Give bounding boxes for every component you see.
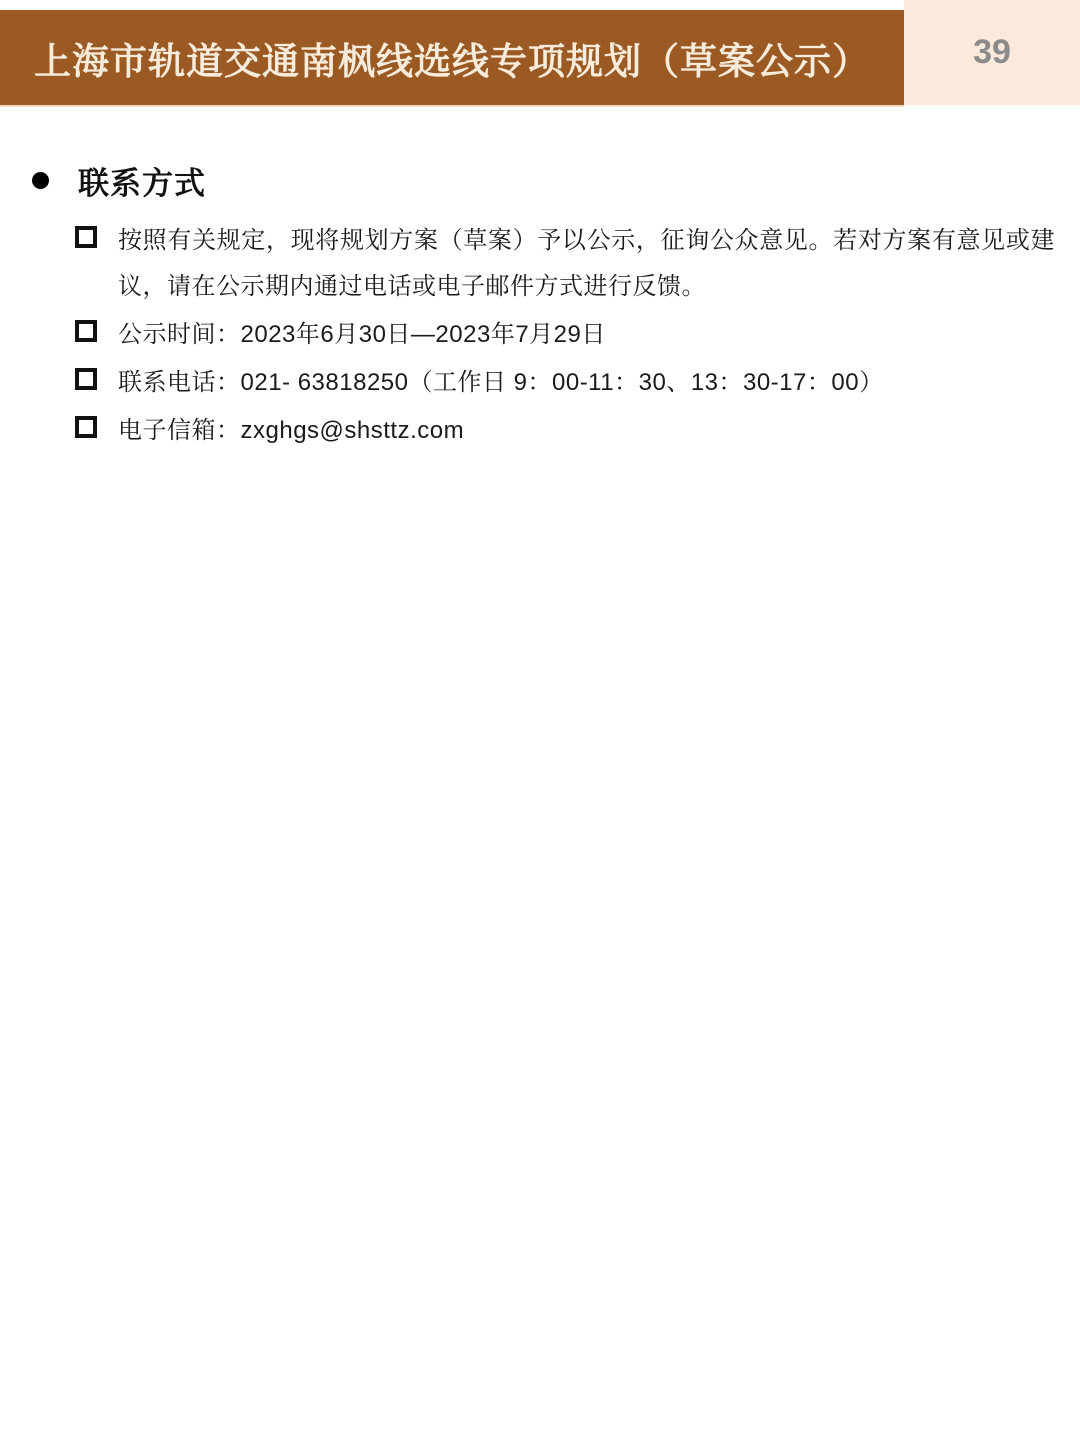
circle-bullet-icon: [32, 172, 49, 189]
square-bullet-icon: [75, 320, 97, 342]
list-item: 电子信箱：zxghgs@shsttz.com: [75, 408, 1055, 454]
page-number-box: 39: [904, 0, 1080, 105]
content-area: 联系方式 按照有关规定，现将规划方案（草案）予以公示，征询公众意见。若对方案有意…: [0, 160, 1080, 456]
document-page: 上海市轨道交通南枫线选线专项规划（草案公示） 39 联系方式 按照有关规定，现将…: [0, 0, 1080, 1439]
list-item: 公示时间：2023年6月30日—2023年7月29日: [75, 312, 1055, 358]
square-bullet-icon: [75, 368, 97, 390]
publicity-period-text: 公示时间：2023年6月30日—2023年7月29日: [118, 312, 606, 358]
contact-list: 按照有关规定，现将规划方案（草案）予以公示，征询公众意见。若对方案有意见或建议，…: [75, 218, 1055, 454]
page-title: 上海市轨道交通南枫线选线专项规划（草案公示）: [34, 31, 870, 85]
section-title: 联系方式: [78, 158, 206, 203]
header-bar: 上海市轨道交通南枫线选线专项规划（草案公示）: [0, 10, 904, 105]
list-item: 按照有关规定，现将规划方案（草案）予以公示，征询公众意见。若对方案有意见或建议，…: [75, 218, 1055, 310]
list-item: 联系电话：021- 63818250（工作日 9：00-11：30、13：30-…: [75, 360, 1055, 406]
contact-email-text: 电子信箱：zxghgs@shsttz.com: [118, 408, 464, 454]
contact-phone-text: 联系电话：021- 63818250（工作日 9：00-11：30、13：30-…: [118, 360, 884, 406]
section-heading: 联系方式: [32, 160, 1080, 200]
page-number: 39: [973, 33, 1011, 72]
square-bullet-icon: [75, 416, 97, 438]
notice-text: 按照有关规定，现将规划方案（草案）予以公示，征询公众意见。若对方案有意见或建议，…: [118, 218, 1055, 310]
square-bullet-icon: [75, 226, 97, 248]
